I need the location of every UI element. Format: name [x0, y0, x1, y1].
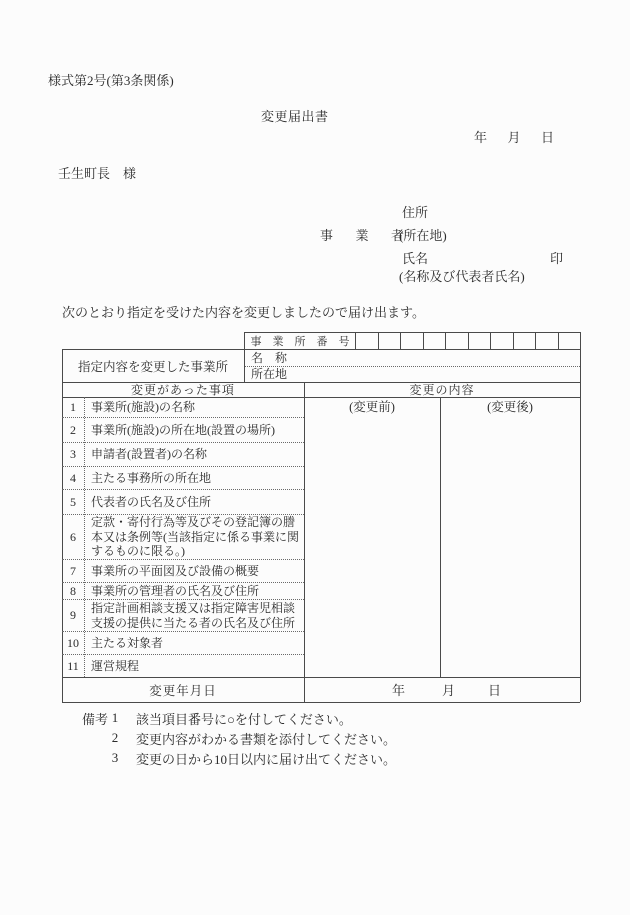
item-label: 主たる対象者	[84, 632, 304, 654]
date-line: 年 月 日	[474, 130, 554, 145]
item-row: 3申請者(設置者)の名称	[62, 443, 304, 467]
item-number[interactable]: 7	[62, 560, 84, 582]
item-number[interactable]: 6	[62, 515, 84, 559]
after-value-area[interactable]	[441, 414, 579, 676]
item-number[interactable]: 3	[62, 443, 84, 466]
change-date-value-area[interactable]	[305, 678, 579, 701]
item-row: 9指定計画相談支援又は指定障害児相談支援の提供に当たる者の氏名及び住所	[62, 600, 304, 632]
item-row: 8事業所の管理者の氏名及び住所	[62, 583, 304, 600]
item-label: 定款・寄付行為等及びその登記簿の謄本又は条例等(当該指定に係る事業に関するものに…	[84, 515, 304, 559]
item-label: 事業所の管理者の氏名及び住所	[84, 583, 304, 599]
item-number[interactable]: 10	[62, 632, 84, 654]
item-label: 主たる事務所の所在地	[84, 467, 304, 489]
office-number-box[interactable]	[423, 332, 446, 350]
applicant-name-sub-label: (名称及び代表者氏名)	[399, 269, 525, 284]
item-number[interactable]: 4	[62, 467, 84, 489]
applicant-name-label: 氏名	[402, 251, 428, 266]
item-label: 事業所の平面図及び設備の概要	[84, 560, 304, 582]
note-prefix: 備考	[82, 709, 109, 728]
item-row: 10主たる対象者	[62, 632, 304, 655]
office-number-box[interactable]	[513, 332, 536, 350]
applicant-char: 事	[320, 228, 333, 243]
office-number-box[interactable]	[378, 332, 401, 350]
change-date-label: 変更年月日	[62, 677, 304, 702]
note-line: 2変更内容がわかる書類を添付してください。	[82, 728, 512, 748]
before-label: (変更前)	[304, 399, 440, 413]
note-text: 変更の日から10日以内に届け出てください。	[136, 749, 396, 768]
note-text: 変更内容がわかる書類を添付してください。	[136, 729, 396, 748]
item-number[interactable]: 5	[62, 490, 84, 514]
day-label: 日	[541, 130, 554, 145]
intro-sentence: 次のとおり指定を受けた内容を変更しましたので届け出ます。	[62, 305, 425, 320]
changed-item-header: 変更があった事項	[62, 382, 304, 397]
item-number[interactable]: 1	[62, 397, 84, 417]
item-row: 11運営規程	[62, 655, 304, 677]
item-label: 申請者(設置者)の名称	[84, 443, 304, 466]
item-number[interactable]: 9	[62, 600, 84, 631]
change-content-header: 変更の内容	[304, 382, 580, 397]
office-number-box[interactable]	[535, 332, 558, 350]
note-number: 2	[109, 730, 121, 746]
item-row: 6定款・寄付行為等及びその登記簿の謄本又は条例等(当該指定に係る事業に関するもの…	[62, 515, 304, 560]
item-row: 1事業所(施設)の名称	[62, 397, 304, 418]
office-number-box[interactable]	[355, 332, 378, 350]
item-label: 指定計画相談支援又は指定障害児相談支援の提供に当たる者の氏名及び住所	[84, 600, 304, 631]
office-number-box[interactable]	[468, 332, 491, 350]
note-number: 3	[109, 750, 121, 766]
before-value-area[interactable]	[305, 414, 439, 676]
month-label: 月	[507, 130, 520, 145]
applicant-char: 業	[355, 228, 368, 243]
office-number-box[interactable]	[490, 332, 513, 350]
form-style-number: 様式第2号(第3条関係)	[48, 73, 174, 88]
item-label: 運営規程	[84, 655, 304, 677]
note-text: 該当項目番号に○を付してください。	[136, 709, 352, 728]
office-block-label: 指定内容を変更した事業所	[62, 349, 244, 382]
item-label: 事業所(施設)の名称	[84, 397, 304, 417]
form-document-page: 様式第2号(第3条関係) 変更届出書 年 月 日 壬生町長 様 事 業 者 住所…	[0, 0, 630, 915]
form-title: 変更届出書	[261, 109, 329, 124]
addressee: 壬生町長 様	[58, 166, 136, 181]
applicant-address-label: 住所	[402, 205, 428, 220]
item-row: 2事業所(施設)の所在地(設置の場所)	[62, 418, 304, 443]
office-number-boxes	[355, 332, 580, 350]
item-number[interactable]: 2	[62, 418, 84, 442]
applicant-label: 事 業 者	[320, 228, 404, 243]
office-number-box[interactable]	[445, 332, 468, 350]
item-label: 事業所(施設)の所在地(設置の場所)	[84, 418, 304, 442]
item-number[interactable]: 8	[62, 583, 84, 599]
notes-block: 備考1該当項目番号に○を付してください。2変更内容がわかる書類を添付してください…	[82, 708, 512, 768]
office-number-box[interactable]	[558, 332, 581, 350]
office-number-box[interactable]	[400, 332, 423, 350]
item-number[interactable]: 11	[62, 655, 84, 677]
year-label: 年	[474, 130, 487, 145]
applicant-address-sub-label: (所在地)	[399, 228, 447, 243]
office-number-label: 事 業 所 番 号	[245, 332, 355, 350]
office-name-value-area[interactable]	[300, 350, 578, 365]
table-border-line	[580, 332, 581, 702]
seal-label: 印	[550, 251, 563, 266]
item-row: 5代表者の氏名及び住所	[62, 490, 304, 515]
note-number: 1	[109, 710, 121, 726]
after-label: (変更後)	[440, 399, 580, 413]
item-label: 代表者の氏名及び住所	[84, 490, 304, 514]
note-line: 備考1該当項目番号に○を付してください。	[82, 708, 512, 728]
item-row: 4主たる事務所の所在地	[62, 467, 304, 490]
item-row: 7事業所の平面図及び設備の概要	[62, 560, 304, 583]
note-line: 3変更の日から10日以内に届け出てください。	[82, 748, 512, 768]
office-address-value-area[interactable]	[300, 367, 578, 381]
table-border-line	[62, 702, 580, 703]
